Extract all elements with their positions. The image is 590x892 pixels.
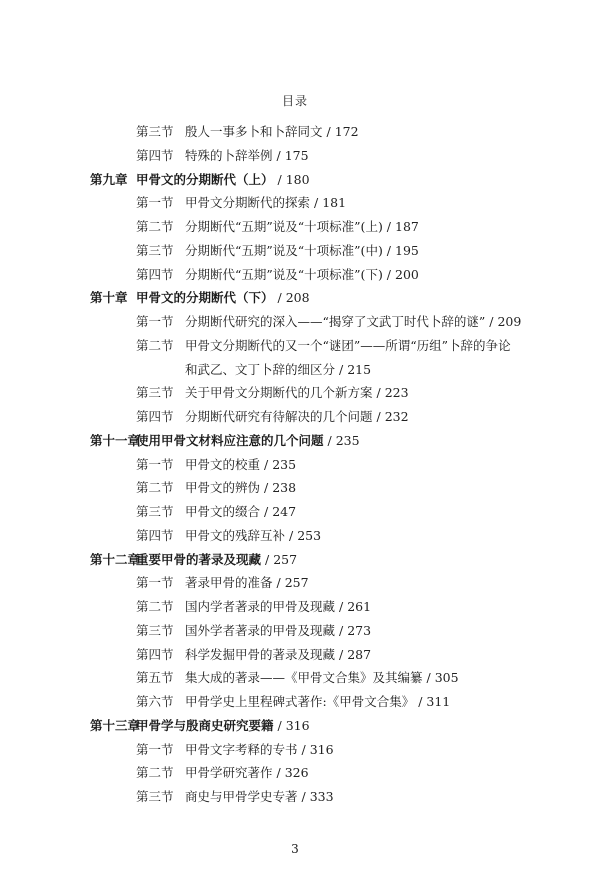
toc-entry-label: 第二节 bbox=[136, 335, 174, 357]
toc-entry-label: 第一节 bbox=[136, 311, 174, 333]
page-separator: / bbox=[273, 575, 285, 590]
toc-entry-title-text: 甲骨文分期断代的探索 bbox=[185, 195, 310, 210]
toc-entry-page: 261 bbox=[347, 599, 371, 614]
page-separator: / bbox=[274, 718, 286, 733]
toc-entry-title-text: 甲骨文的辨伪 bbox=[185, 480, 260, 495]
toc-entry-title-text: 科学发掘甲骨的著录及现藏 bbox=[185, 647, 335, 662]
toc-entry-title: 甲骨文的残辞互补 / 253 bbox=[185, 525, 321, 547]
toc-entry-title-text: 使用甲骨文材料应注意的几个问题 bbox=[136, 433, 324, 448]
toc-entry-title-text: 分期断代“五期”说及“十项标准”(上) bbox=[185, 219, 383, 234]
toc-entry-title-text: 关于甲骨文分期断代的几个新方案 bbox=[185, 385, 373, 400]
toc-entry-title-text: 甲骨文的分期断代（上） bbox=[136, 172, 274, 187]
toc-entry-page: 215 bbox=[347, 362, 371, 377]
page-separator: / bbox=[310, 195, 322, 210]
page-separator: / bbox=[335, 599, 347, 614]
toc-entry-title-text: 分期断代“五期”说及“十项标准”(下) bbox=[185, 267, 383, 282]
toc-entry-title-text: 和武乙、文丁卜辞的细区分 bbox=[185, 362, 335, 377]
toc-entry-label: 第十三章 bbox=[90, 715, 140, 737]
toc-entry-page: 209 bbox=[497, 314, 521, 329]
toc-entry-page: 311 bbox=[426, 694, 450, 709]
toc-entry-page: 287 bbox=[347, 647, 371, 662]
toc-entry-label: 第四节 bbox=[136, 145, 174, 167]
page-separator: / bbox=[423, 670, 435, 685]
toc-entry-page: 326 bbox=[285, 765, 309, 780]
page-separator: / bbox=[260, 457, 272, 472]
toc-entry-label: 第五节 bbox=[136, 667, 174, 689]
toc-entry-title: 甲骨学研究著作 / 326 bbox=[185, 762, 309, 784]
toc-entry-title: 分期断代研究有待解决的几个问题 / 232 bbox=[185, 406, 409, 428]
page-separator: / bbox=[260, 480, 272, 495]
toc-entry-title: 分期断代“五期”说及“十项标准”(中) / 195 bbox=[185, 240, 419, 262]
toc-entry-page: 257 bbox=[273, 552, 297, 567]
toc-entry-label: 第一节 bbox=[136, 739, 174, 761]
toc-entry-title: 特殊的卜辞举例 / 175 bbox=[185, 145, 309, 167]
page-separator: / bbox=[260, 504, 272, 519]
toc-entry-title: 甲骨文的分期断代（上） / 180 bbox=[136, 169, 310, 191]
toc-entry-page: 208 bbox=[286, 290, 310, 305]
toc-entry-label: 第二节 bbox=[136, 216, 174, 238]
toc-entry-title: 使用甲骨文材料应注意的几个问题 / 235 bbox=[136, 430, 360, 452]
toc-entry-title: 著录甲骨的准备 / 257 bbox=[185, 572, 309, 594]
page-number: 3 bbox=[0, 842, 590, 856]
toc-entry-label: 第十章 bbox=[90, 287, 128, 309]
toc-entry-title-text: 甲骨文分期断代的又一个“谜团”——所谓“历组”卜辞的争论 bbox=[185, 338, 511, 353]
toc-entry-title: 甲骨文的缀合 / 247 bbox=[185, 501, 296, 523]
toc-entry-title-text: 特殊的卜辞举例 bbox=[185, 148, 273, 163]
toc-entry-label: 第一节 bbox=[136, 572, 174, 594]
toc-entry-label: 第九章 bbox=[90, 169, 128, 191]
toc-entry-title-text: 甲骨学与殷商史研究要籍 bbox=[136, 718, 274, 733]
page-separator: / bbox=[373, 385, 385, 400]
toc-entry-title: 商史与甲骨学史专著 / 333 bbox=[185, 786, 334, 808]
page-separator: / bbox=[274, 290, 286, 305]
toc-entry-title: 甲骨学与殷商史研究要籍 / 316 bbox=[136, 715, 310, 737]
toc-entry-page: 172 bbox=[335, 124, 359, 139]
toc-entry-page: 238 bbox=[272, 480, 296, 495]
toc-entry-title-text: 甲骨文的分期断代（下） bbox=[136, 290, 274, 305]
toc-entry-page: 253 bbox=[297, 528, 321, 543]
toc-entry-label: 第三节 bbox=[136, 501, 174, 523]
page-separator: / bbox=[414, 694, 426, 709]
toc-entry-title: 集大成的著录——《甲骨文合集》及其编纂 / 305 bbox=[185, 667, 459, 689]
toc-entry-page: 232 bbox=[385, 409, 409, 424]
toc-entry-page: 181 bbox=[322, 195, 346, 210]
page-separator: / bbox=[383, 267, 395, 282]
toc-entry-title-text: 甲骨文的缀合 bbox=[185, 504, 260, 519]
page-separator: / bbox=[273, 148, 285, 163]
toc-entry-label: 第一节 bbox=[136, 192, 174, 214]
toc-entry-title-text: 国内学者著录的甲骨及现藏 bbox=[185, 599, 335, 614]
toc-entry-page: 195 bbox=[395, 243, 419, 258]
toc-entry-title: 甲骨文的校重 / 235 bbox=[185, 454, 296, 476]
toc-entry-title-text: 殷人一事多卜和卜辞同文 bbox=[185, 124, 323, 139]
toc-entry-title: 甲骨文分期断代的探索 / 181 bbox=[185, 192, 346, 214]
toc-entry-title: 分期断代“五期”说及“十项标准”(下) / 200 bbox=[185, 264, 419, 286]
toc-entry-title: 科学发掘甲骨的著录及现藏 / 287 bbox=[185, 644, 371, 666]
toc-entry-label: 第十一章 bbox=[90, 430, 140, 452]
page-separator: / bbox=[274, 172, 286, 187]
toc-entry-label: 第二节 bbox=[136, 762, 174, 784]
toc-entry-title: 甲骨文字考释的专书 / 316 bbox=[185, 739, 334, 761]
toc-entry-page: 200 bbox=[395, 267, 419, 282]
toc-entry-label: 第四节 bbox=[136, 264, 174, 286]
toc-entry-page: 180 bbox=[286, 172, 310, 187]
toc-entry-label: 第四节 bbox=[136, 644, 174, 666]
toc-entry-title: 甲骨学史上里程碑式著作:《甲骨文合集》 / 311 bbox=[185, 691, 450, 713]
page-separator: / bbox=[298, 789, 310, 804]
toc-entry-title-text: 甲骨文的残辞互补 bbox=[185, 528, 285, 543]
toc-entry-page: 247 bbox=[272, 504, 296, 519]
page-separator: / bbox=[485, 314, 497, 329]
toc-entry-page: 316 bbox=[286, 718, 310, 733]
toc-entry-title-text: 分期断代“五期”说及“十项标准”(中) bbox=[185, 243, 383, 258]
toc-entry-title-text: 重要甲骨的著录及现藏 bbox=[136, 552, 261, 567]
toc-entry-title-text: 甲骨学史上里程碑式著作:《甲骨文合集》 bbox=[185, 694, 414, 709]
toc-entry-title-text: 国外学者著录的甲骨及现藏 bbox=[185, 623, 335, 638]
toc-entry-label: 第四节 bbox=[136, 406, 174, 428]
toc-entry-title-text: 著录甲骨的准备 bbox=[185, 575, 273, 590]
toc-entry-page: 235 bbox=[272, 457, 296, 472]
toc-entry-page: 316 bbox=[310, 742, 334, 757]
toc-entry-label: 第三节 bbox=[136, 786, 174, 808]
page-separator: / bbox=[383, 219, 395, 234]
page-separator: / bbox=[383, 243, 395, 258]
toc-entry-label: 第三节 bbox=[136, 382, 174, 404]
toc-entry-title: 甲骨文的辨伪 / 238 bbox=[185, 477, 296, 499]
toc-entry-title-text: 甲骨文的校重 bbox=[185, 457, 260, 472]
toc-entry-page: 175 bbox=[285, 148, 309, 163]
page-separator: / bbox=[285, 528, 297, 543]
toc-entry-label: 第六节 bbox=[136, 691, 174, 713]
page-separator: / bbox=[335, 647, 347, 662]
toc-entry-title-text: 分期断代研究的深入——“揭穿了文武丁时代卜辞的谜” bbox=[185, 314, 485, 329]
toc-entry-title: 甲骨文的分期断代（下） / 208 bbox=[136, 287, 310, 309]
toc-entry-label: 第二节 bbox=[136, 596, 174, 618]
toc-entry-label: 第一节 bbox=[136, 454, 174, 476]
page-separator: / bbox=[298, 742, 310, 757]
toc-entry-page: 257 bbox=[285, 575, 309, 590]
page-title: 目录 bbox=[0, 92, 590, 109]
toc-entry-label: 第三节 bbox=[136, 121, 174, 143]
toc-entry-title: 分期断代“五期”说及“十项标准”(上) / 187 bbox=[185, 216, 419, 238]
toc-entry-title: 国内学者著录的甲骨及现藏 / 261 bbox=[185, 596, 371, 618]
toc-entry-page: 235 bbox=[336, 433, 360, 448]
toc-entry-title: 分期断代研究的深入——“揭穿了文武丁时代卜辞的谜” / 209 bbox=[185, 311, 521, 333]
toc-entry-page: 273 bbox=[347, 623, 371, 638]
page-separator: / bbox=[373, 409, 385, 424]
toc-entry-page: 333 bbox=[310, 789, 334, 804]
toc-entry-title-text: 分期断代研究有待解决的几个问题 bbox=[185, 409, 373, 424]
page-separator: / bbox=[323, 124, 335, 139]
toc-entry-title: 国外学者著录的甲骨及现藏 / 273 bbox=[185, 620, 371, 642]
toc-entry-label: 第十二章 bbox=[90, 549, 140, 571]
toc-entry-title: 重要甲骨的著录及现藏 / 257 bbox=[136, 549, 297, 571]
toc-entry-page: 223 bbox=[385, 385, 409, 400]
page-separator: / bbox=[335, 623, 347, 638]
toc-entry-page: 187 bbox=[395, 219, 419, 234]
toc-entry-label: 第二节 bbox=[136, 477, 174, 499]
toc-entry-title: 甲骨文分期断代的又一个“谜团”——所谓“历组”卜辞的争论 bbox=[185, 335, 511, 357]
page-separator: / bbox=[335, 362, 347, 377]
toc-entry-title: 和武乙、文丁卜辞的细区分 / 215 bbox=[185, 359, 371, 381]
toc-entry-title-text: 甲骨文字考释的专书 bbox=[185, 742, 298, 757]
page-separator: / bbox=[261, 552, 273, 567]
toc-entry-title-text: 商史与甲骨学史专著 bbox=[185, 789, 298, 804]
page-separator: / bbox=[324, 433, 336, 448]
toc-entry-title-text: 甲骨学研究著作 bbox=[185, 765, 273, 780]
toc-entry-page: 305 bbox=[435, 670, 459, 685]
toc-entry-title-text: 集大成的著录——《甲骨文合集》及其编纂 bbox=[185, 670, 423, 685]
toc-entry-label: 第四节 bbox=[136, 525, 174, 547]
toc-entry-label: 第三节 bbox=[136, 240, 174, 262]
toc-entry-label: 第三节 bbox=[136, 620, 174, 642]
toc-entry-title: 殷人一事多卜和卜辞同文 / 172 bbox=[185, 121, 359, 143]
page-separator: / bbox=[273, 765, 285, 780]
toc-entry-title: 关于甲骨文分期断代的几个新方案 / 223 bbox=[185, 382, 409, 404]
